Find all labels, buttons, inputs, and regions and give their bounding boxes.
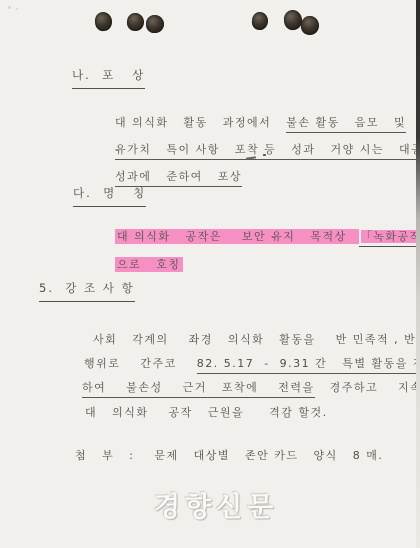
highlighted-bracketed-text: 「녹화공작」 <box>359 229 420 247</box>
ink-seal-icon <box>94 11 113 32</box>
section-award-heading: 나. 포 상 <box>72 67 145 89</box>
highlighted-text: 대 의식화 공작은 보안 유지 목적상 <box>115 229 359 244</box>
scan-speck <box>16 8 18 10</box>
ink-seal-icon <box>146 15 165 34</box>
scan-speck <box>8 6 11 9</box>
section-emphasis-heading: 5. 강 조 사 항 <box>39 280 135 302</box>
line-text: 대 의식화 활동 과정에서 <box>115 116 286 129</box>
ink-seal-icon <box>251 11 269 30</box>
line-text: 경주하고 지속적 으로 <box>315 381 420 394</box>
newspaper-watermark: 경향신문 <box>154 485 278 524</box>
attachment-text: 첨 부 : 문제 대상별 존안 카드 양식 8 매. <box>75 449 383 462</box>
ink-seal-icon <box>126 12 144 31</box>
highlighted-text: 으로 호칭 <box>115 257 183 272</box>
scan-edge-shadow <box>416 0 420 548</box>
attachment-note: 첨 부 : 문제 대상별 존안 카드 양식 8 매. <box>55 436 383 475</box>
highlighted-line: 으로 호칭 <box>95 244 183 285</box>
pen-dot-mark <box>263 154 266 156</box>
scanned-document-page: 나. 포 상 대 의식화 활동 과정에서 불손 활동 음모 및 유가치 특이 사… <box>0 0 420 548</box>
ink-seal-icon <box>300 15 320 36</box>
line-text: 대 의식화 공작 근원을 격감 할것. <box>85 406 328 419</box>
text-line: 대 의식화 공작 근원을 격감 할것. <box>65 393 328 432</box>
section-naming-heading: 다. 명 칭 <box>73 185 146 207</box>
